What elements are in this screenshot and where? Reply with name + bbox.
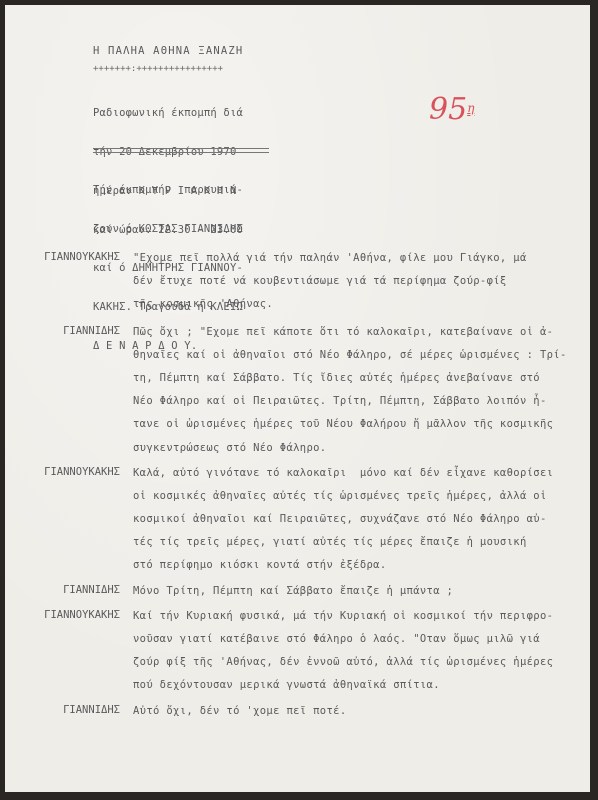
dialogue-entry: ΓΙΑΝΝΟΥΚΑΚΗΣΚαί τήν Κυριακή φυσικά, μά τ… (5, 609, 590, 702)
double-rule-divider (93, 148, 269, 153)
dialogue-entry: ΓΙΑΝΝΙΔΗΣΑὐτό ὄχι, δέν τό 'χομε πεῖ ποτέ… (5, 704, 590, 727)
speech-line: τανε οἱ ὡρισμένες ἡμέρες τοῦ Νέου Φαλήρο… (133, 417, 590, 440)
speaker-name: ΓΙΑΝΝΙΔΗΣ (5, 704, 120, 716)
broadcast-info-line: Ραδιοφωνική έκπομπή διά (93, 107, 243, 120)
speech-line: Καλά, αὐτό γινότανε τό καλοκαῖρι μόνο κα… (133, 466, 590, 489)
dialogue-entry: ΓΙΑΝΝΙΔΗΣΠῶς ὄχι ; "Εχομε πεῖ κάποτε ὅτι… (5, 325, 590, 464)
speech-line: τῆς κοσμικῆς 'Αθήνας. (133, 297, 590, 320)
plus-separator: +++++++:++++++++++++++++ (93, 63, 223, 76)
handwritten-page-number: 95η (429, 95, 474, 125)
speaker-name: ΓΙΑΝΝΟΥΚΑΚΗΣ (5, 466, 120, 478)
speech-line: οἱ κοσμικές ἀθηναῖες αὐτές τίς ὡρισμένες… (133, 489, 590, 512)
speech-text: Καλά, αὐτό γινότανε τό καλοκαῖρι μόνο κα… (133, 466, 590, 582)
speech-line: Πῶς ὄχι ; "Εχομε πεῖ κάποτε ὅτι τό καλοκ… (133, 325, 590, 348)
dialogue-entry: ΓΙΑΝΝΟΥΚΑΚΗΣΚαλά, αὐτό γινότανε τό καλοκ… (5, 466, 590, 582)
speech-line: πού δεχόντουσαν μερικά γνωστά ἀθηναϊκά σ… (133, 678, 590, 701)
speech-line: Καί τήν Κυριακή φυσικά, μά τήν Κυριακή ο… (133, 609, 590, 632)
dialogue-entry: ΓΙΑΝΝΙΔΗΣΜόνο Τρίτη, Πέμπτη καί Σάββατο … (5, 584, 590, 607)
speech-line: τές τίς τρεῖς μέρες, γιατί αὐτές τίς μέρ… (133, 535, 590, 558)
speaker-name: ΓΙΑΝΝΟΥΚΑΚΗΣ (5, 609, 120, 621)
speech-text: Αὐτό ὄχι, δέν τό 'χομε πεῖ ποτέ. (133, 704, 590, 727)
speech-line: κοσμικοί ἀθηναῖοι καί Πειραιῶτες, συχνάζ… (133, 512, 590, 535)
speech-line: θηναῖες καί οἱ ἀθηναῖοι στό Νέο Φάληρο, … (133, 348, 590, 371)
handwritten-superscript: η (467, 101, 474, 115)
speech-line: στό περίφημο κιόσκι κοντά στήν ἐξέδρα. (133, 558, 590, 581)
speaker-name: ΓΙΑΝΝΟΥΚΑΚΗΣ (5, 251, 120, 263)
speech-line: νοῦσαν γιατί κατέβαινε στό Φάληρο ὁ λαός… (133, 632, 590, 655)
speech-text: "Εχομε πεῖ πολλά γιά τήν παληάν 'Αθήνα, … (133, 251, 590, 321)
handwritten-number: 95 (429, 92, 467, 127)
speech-line: Αὐτό ὄχι, δέν τό 'χομε πεῖ ποτέ. (133, 704, 590, 727)
presenters-line: ζουν ό ΚΩΣΤΑΣ ΓΙΑΝΝΙΔΗΣ (93, 223, 243, 236)
speech-line: συγκεντρώσεως στό Νέο Φάληρο. (133, 441, 590, 464)
speech-line: Μόνο Τρίτη, Πέμπτη καί Σάββατο ἔπαιζε ἡ … (133, 584, 590, 607)
speaker-name: ΓΙΑΝΝΙΔΗΣ (5, 325, 120, 337)
speaker-name: ΓΙΑΝΝΙΔΗΣ (5, 584, 120, 596)
speech-line: Νέο Φάληρο καί οἱ Πειραιῶτες. Τρίτη, Πέμ… (133, 394, 590, 417)
speech-line: "Εχομε πεῖ πολλά γιά τήν παληάν 'Αθήνα, … (133, 251, 590, 274)
speech-line: τη, Πέμπτη καί Σάββατο. Τίς ἴδιες αὐτές … (133, 371, 590, 394)
speech-text: Μόνο Τρίτη, Πέμπτη καί Σάββατο ἔπαιζε ἡ … (133, 584, 590, 607)
speech-text: Πῶς ὄχι ; "Εχομε πεῖ κάποτε ὅτι τό καλοκ… (133, 325, 590, 464)
typewritten-page: Η ΠΑΛΗΑ ΑΘΗΝΑ ΞΑΝΑΖΗ +++++++:+++++++++++… (5, 5, 590, 792)
speech-line: ζούρ φίξ τῆς 'Αθήνας, δέν ἐννοῶ αὐτό, ἀλ… (133, 655, 590, 678)
dialogue-entry: ΓΙΑΝΝΟΥΚΑΚΗΣ"Εχομε πεῖ πολλά γιά τήν παλ… (5, 251, 590, 321)
speech-text: Καί τήν Κυριακή φυσικά, μά τήν Κυριακή ο… (133, 609, 590, 702)
program-title: Η ΠΑΛΗΑ ΑΘΗΝΑ ΞΑΝΑΖΗ (93, 45, 243, 58)
presenters-line: Τήν έκπομπήν παρουσιά- (93, 184, 243, 197)
speech-line: δέν ἔτυχε ποτέ νά κουβεντιάσωμε γιά τά π… (133, 274, 590, 297)
dialogue-script: ΓΙΑΝΝΟΥΚΑΚΗΣ"Εχομε πεῖ πολλά γιά τήν παλ… (5, 251, 590, 727)
